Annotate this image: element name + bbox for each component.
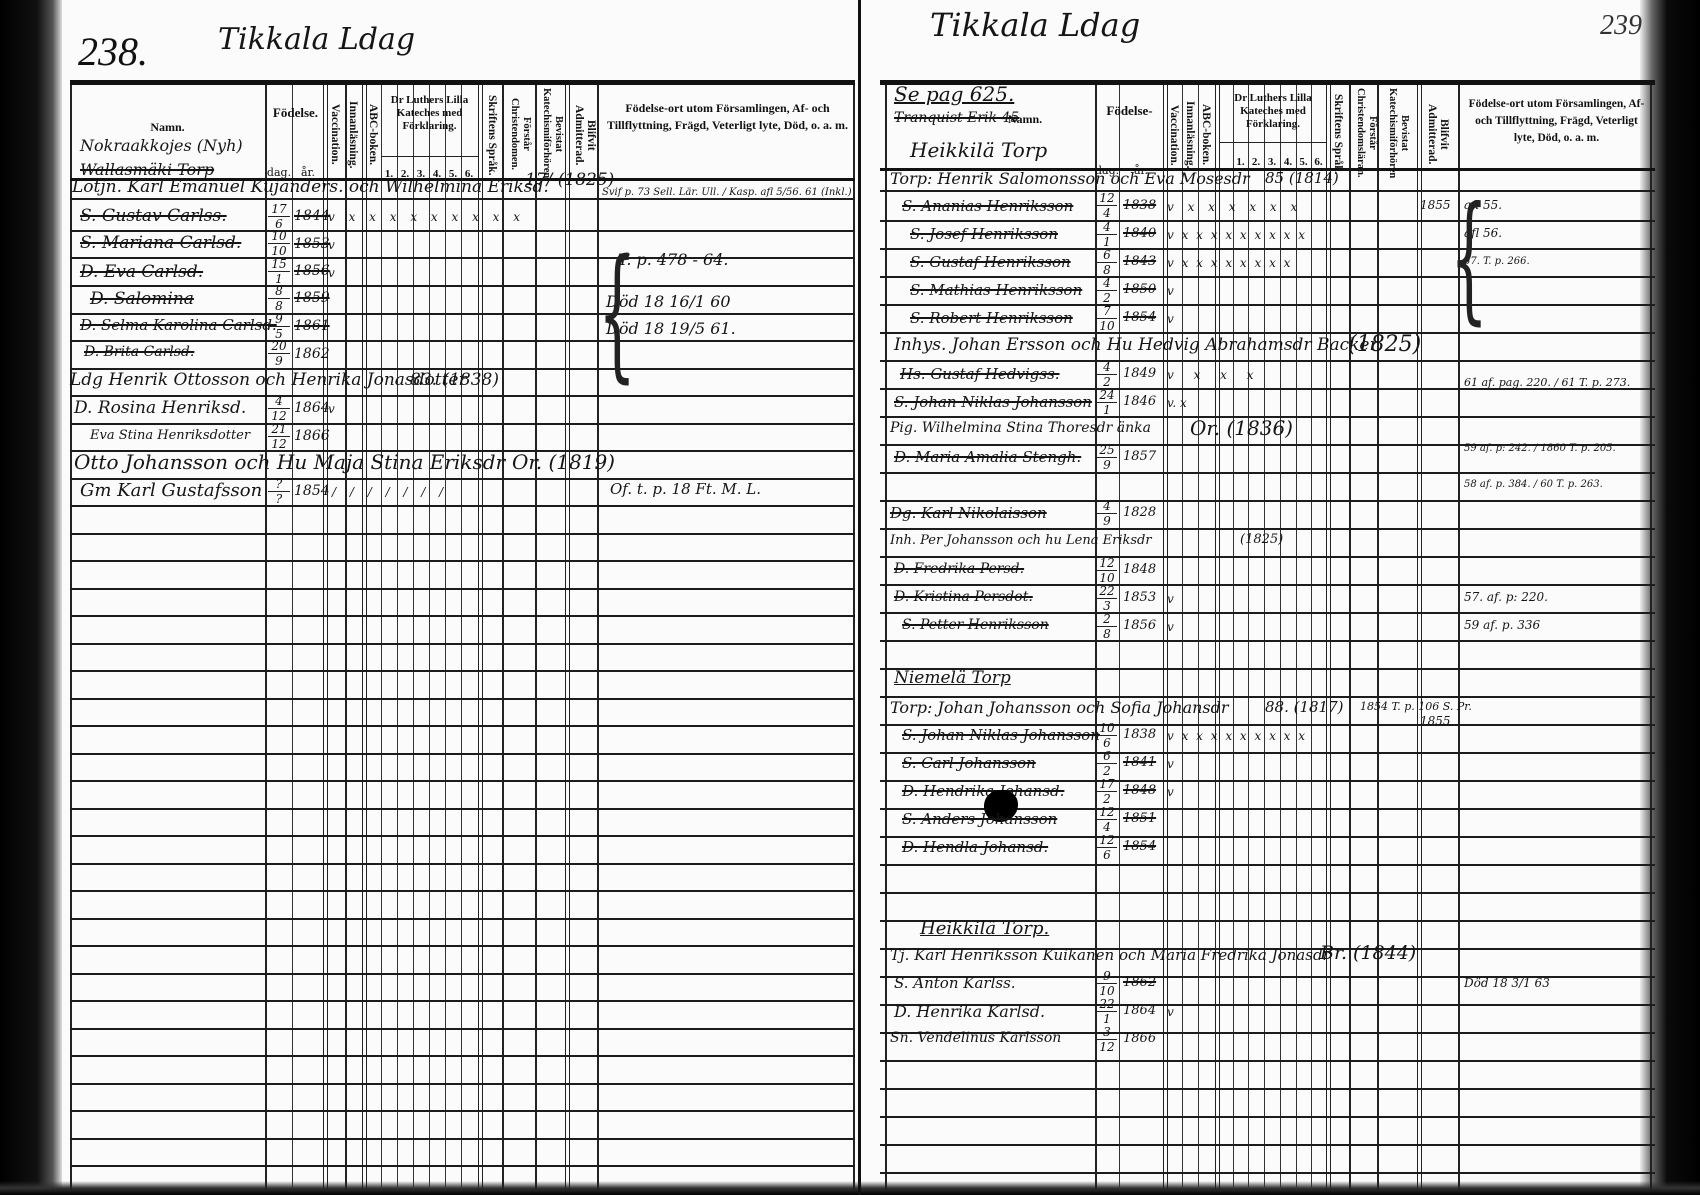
row-birth-year: 1864 <box>294 400 330 416</box>
register-spread: 238. Tikkala Ldag Namn. Nokraakkojes (Ny… <box>0 0 1700 1195</box>
row-name: S. Petter Henriksson <box>902 617 1049 633</box>
remarks-brace: { <box>1450 190 1488 328</box>
cat-part-5: 5. <box>1296 156 1311 168</box>
row-birth-year: 1843 <box>1123 254 1156 269</box>
entry-head-5-extra: 88. (1817) <box>1265 698 1344 716</box>
row-birth-day: 176 <box>268 203 290 230</box>
entry-head-5-remarks: 1854 T. p. 106 S. Pr. <box>1360 700 1472 713</box>
col-reading: Innanläsning. <box>347 92 359 177</box>
col-attended: Bevistat Katechismiförhören <box>1386 86 1410 180</box>
col-vaccination: Vaccination. <box>329 92 341 177</box>
row-name: S. Mathias Henriksson <box>910 281 1082 299</box>
row-remarks: Död 18 3/1 63 <box>1464 976 1550 990</box>
col-catechism: Dr Luthers Lilla Kateches med Förklaring… <box>381 94 478 133</box>
entry-head-1-extra: 17/ (1825) <box>525 170 614 190</box>
row-name: Dg. Karl Nikolaisson <box>890 504 1047 522</box>
row-birth-year: 1850 <box>1123 282 1156 297</box>
col-birth-header: Födelse- <box>1097 104 1162 118</box>
row-birth-year: 1854 <box>1123 839 1156 854</box>
row-marks: v <box>1167 1005 1174 1019</box>
entry-head-2-extra: (1825) <box>1348 332 1421 357</box>
row-marks: v x x x x x x x x x <box>1167 729 1307 743</box>
entry-head-4-extra: (1825) <box>1240 532 1283 547</box>
entry-head-1-extra: 85 (1814) <box>1265 169 1339 187</box>
col-reading: Innanläsning. <box>1184 90 1196 180</box>
col-birth-header: Födelse. <box>268 106 323 120</box>
row-remarks: Of. t. p. 18 Ft. M. L. <box>610 480 761 498</box>
cat-part-4: 4. <box>1280 156 1296 168</box>
row-name: D. Eva Carlsd. <box>80 262 203 282</box>
col-scripture: Skriftens Språk. <box>1332 88 1344 180</box>
row-birth-year: 1866 <box>1123 1031 1156 1046</box>
row-birth-year: 1853 <box>1123 590 1156 605</box>
row-marks: v <box>328 238 335 252</box>
cat-part-3: 3. <box>1264 156 1280 168</box>
section-heading-niemela: Niemelä Torp <box>894 668 1011 688</box>
row-name: D. Henrika Karlsd. <box>894 1002 1045 1021</box>
row-birth-year: 1838 <box>1123 727 1156 742</box>
left-page-number: 238. <box>78 28 148 75</box>
row-marks: v <box>328 402 335 416</box>
row-birth-year: 1856 <box>294 263 330 279</box>
row-name: D. Salomina <box>90 289 194 309</box>
row-remarks: 59 af. p. 336 <box>1464 618 1540 632</box>
right-page-number: 239 <box>1600 10 1642 42</box>
right-village-title: Tikkala Ldag <box>930 6 1140 44</box>
entry-head-6-extra: Br. (1844) <box>1320 942 1416 964</box>
row-marks: v <box>1167 757 1174 771</box>
right-page-table: Se pag 625. Tranquist Erik 45 Namn. Heik… <box>880 80 1655 1190</box>
row-birth-year: 1862 <box>294 346 330 362</box>
left-village-title: Tikkala Ldag <box>218 22 415 57</box>
cat-part-1: 1. <box>1233 156 1248 168</box>
row-marks: v <box>1167 284 1174 298</box>
entry-head-5: Torp: Johan Johansson och Sofia Johansdr <box>890 698 1229 717</box>
entry-head-1: Torp: Henrik Salomonsson och Eva Mosesdr <box>890 169 1250 188</box>
col-remarks: Födelse-ort utom Församlingen, Af- och T… <box>1464 96 1649 147</box>
row-marks: v <box>1167 620 1174 634</box>
household-header-line-3: Heikkilä Torp <box>910 138 1047 162</box>
row-birth-year: 1838 <box>1123 198 1156 213</box>
row-birth-year: 1857 <box>1123 449 1156 464</box>
entry-head-6: Tj. Karl Henriksson Kuikanen och Maria F… <box>890 946 1330 964</box>
col-admitted: Blifvit Admitterad. <box>1426 88 1450 180</box>
row-remarks: 59 af. p: 242. / 1860 T. p. 205. <box>1464 442 1644 455</box>
row-name: S. Gustav Carlss. <box>80 206 227 226</box>
row-birth-year: 1841 <box>1123 755 1156 770</box>
row-birth-year: 1840 <box>1123 226 1156 241</box>
col-christianity: Förstår Christendomsläran. <box>1354 86 1378 180</box>
row-birth-year: 1851 <box>1123 811 1156 826</box>
entry-head-2: Inhys. Johan Ersson och Hu Hedvig Abraha… <box>894 335 1378 355</box>
row-name: D. Rosina Henriksd. <box>74 398 246 418</box>
row-name: D. Fredrika Persd. <box>894 561 1024 577</box>
row-birth-year: 1864 <box>1123 1003 1156 1018</box>
row-birth-year: 1848 <box>1123 562 1156 577</box>
left-page-table: Namn. Nokraakkojes (Nyh) Wallasmäki Torp… <box>70 80 855 1190</box>
col-name-header: Namn. <box>1000 112 1050 126</box>
section-heading-heikkila: Heikkilä Torp. <box>920 918 1049 939</box>
entry-head-2: Ldg Henrik Ottosson och Henrika Jonasdot… <box>70 370 467 390</box>
entry-head-1-remarks: Svif p. 73 Sell. Lär. Ull. / Kasp. afl 5… <box>602 186 852 200</box>
row-name: D. Hendrika Johansd. <box>902 782 1064 800</box>
row-name: Gm Karl Gustafsson <box>80 480 262 501</box>
row-marks: v x x x x x x x x x <box>328 210 525 224</box>
row-remarks: 58 af. p. 384. / 60 T. p. 263. <box>1464 478 1644 491</box>
remarks-brace: { <box>598 242 636 386</box>
entry-head-3: Otto Johansson och Hu Maja Stina Eriksdr <box>74 450 505 474</box>
row-admitted: 1855 <box>1420 714 1451 728</box>
col-abc: ABC-boken. <box>1200 90 1212 180</box>
row-marks: v. x <box>1167 396 1187 410</box>
row-name: S. Johan Niklas Johansson <box>902 726 1100 744</box>
row-marks: v <box>1167 592 1174 606</box>
row-name: S. Gustaf Henriksson <box>910 253 1071 271</box>
row-birth-year: 1854 <box>294 483 330 499</box>
row-marks: / / / / / / / <box>332 485 448 499</box>
entry-head-4: Inh. Per Johansson och hu Lena Eriksdr <box>890 533 1152 548</box>
row-birth-year: 1862 <box>1123 975 1156 990</box>
row-remarks: 57. af. p: 220. <box>1464 590 1548 604</box>
row-name: Sn. Vendelinus Karlsson <box>890 1030 1061 1046</box>
row-marks: v <box>328 266 335 280</box>
top-rule <box>70 80 855 85</box>
row-name: S. Robert Henriksson <box>910 309 1073 327</box>
col-remarks: Födelse-ort utom Församlingen, Af- och T… <box>605 100 850 134</box>
col-vaccination: Vaccination. <box>1168 90 1180 180</box>
row-marks: v x x x x x x x x x <box>1167 228 1307 242</box>
row-name: Eva Stina Henriksdotter <box>90 428 250 443</box>
row-remarks: 61 af. pag. 220. / 61 T. p. 273. <box>1464 376 1630 389</box>
row-name: D. Brita Carlsd. <box>84 344 194 360</box>
cat-part-2: 2. <box>1248 156 1264 168</box>
col-name-header: Namn. <box>70 120 265 134</box>
page-gutter <box>858 0 861 1195</box>
row-birth-year: 1854 <box>1123 310 1156 325</box>
entry-head-1: Lotjn. Karl Emanuel Kujanders. och Wilhe… <box>72 177 549 197</box>
row-birth-year: 1846 <box>1123 394 1156 409</box>
row-marks: v <box>1167 785 1174 799</box>
row-birth-year: 1848 <box>1123 783 1156 798</box>
col-admitted: Blifvit Admitterad. <box>573 90 597 180</box>
entry-head-3-extra: Or. (1819) <box>512 450 615 474</box>
row-name: Hs. Gustaf Hedvigss. <box>900 365 1060 383</box>
row-name: D. Maria Amalia Stengh. <box>894 448 1081 466</box>
row-birth-year: 1866 <box>294 428 330 444</box>
row-marks: v x x x x x x <box>1167 200 1302 214</box>
row-birth-year: 1859 <box>294 290 330 306</box>
row-birth-year: 1849 <box>1123 366 1156 381</box>
row-birth-year: 1828 <box>1123 505 1156 520</box>
cat-part-6: 6. <box>1311 156 1326 168</box>
col-scripture: Skriftens Språk. <box>486 90 498 180</box>
col-christianity: Förstår Christendomen. <box>508 88 532 180</box>
row-name: S. Mariana Carlsd. <box>80 233 241 253</box>
row-name: D. Hendla Johansd. <box>902 838 1048 856</box>
row-marks: v x x x <box>1167 368 1262 382</box>
row-name: D. Selma Karolina Carlsd. <box>80 316 277 334</box>
col-attended: Bevistat Katechismiförhören. <box>540 88 564 180</box>
col-abc: ABC-boken. <box>367 92 379 177</box>
row-name: S. Ananias Henriksson <box>902 197 1073 215</box>
row-name: S. Johan Niklas Johansson <box>894 393 1092 411</box>
row-birth-year: 1861 <box>294 318 330 334</box>
row-name: S. Josef Henriksson <box>910 225 1058 243</box>
col-catechism: Dr Luthers Lilla Kateches med Förklaring… <box>1220 92 1326 131</box>
row-birth-year: 1853 <box>294 236 330 252</box>
row-admitted: 1855 <box>1420 198 1451 212</box>
row-marks: v x x x x x x x x <box>1167 256 1292 270</box>
entry-head-2-extra: 83. (1838) <box>410 370 499 390</box>
scan-edge-left <box>0 0 62 1195</box>
row-name: D. Kristina Persdot. <box>894 589 1033 605</box>
row-birth-year: 1844 <box>294 208 330 224</box>
row-birth-year: 1856 <box>1123 618 1156 633</box>
household-header-line-1: Se pag 625. <box>894 82 1014 106</box>
row-name: S. Carl Johansson <box>902 754 1036 772</box>
row-name: S. Anton Karlss. <box>894 974 1016 992</box>
row-marks: v <box>1167 312 1174 326</box>
household-header-line-1: Nokraakkojes (Nyh) <box>80 136 243 155</box>
entry-head-3-extra: Or. (1836) <box>1190 416 1293 440</box>
row-name: S. Anders Johansson <box>902 810 1057 828</box>
entry-head-3: Pig. Wilhelmina Stina Thoresdr änka <box>890 420 1151 436</box>
